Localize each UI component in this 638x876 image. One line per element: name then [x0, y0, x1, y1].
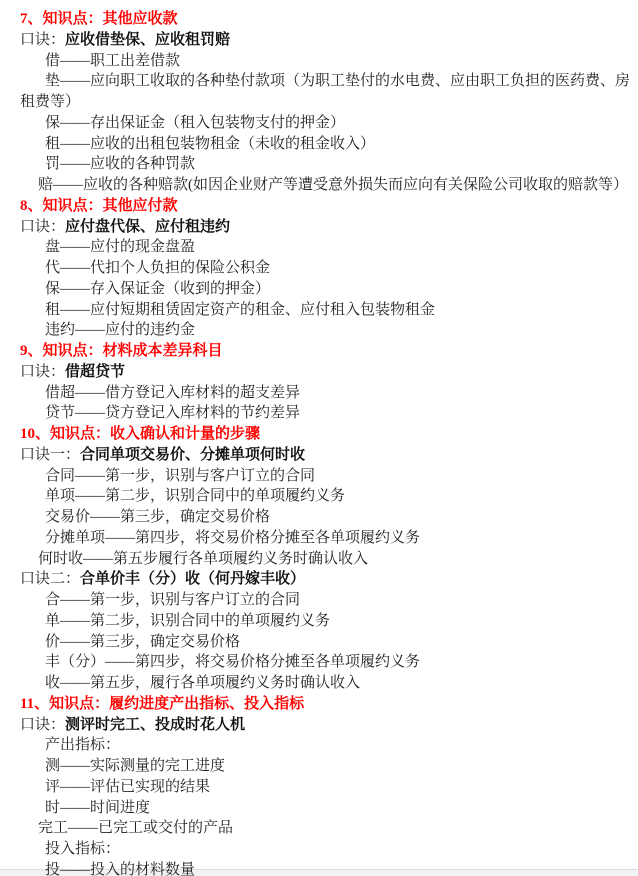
- definition-line: 完工——已完工或交付的产品: [38, 818, 636, 839]
- mnemonic-label: 口诀：: [20, 364, 65, 380]
- definition-line: 代——代扣个人负担的保险公积金: [45, 258, 636, 279]
- definition-line: 合同——第一步，识别与客户订立的合同: [45, 466, 636, 487]
- mnemonic-text: 合单价丰（分）收（何丹嫁丰收）: [80, 571, 305, 587]
- mnemonic-text: 测评时完工、投成时花人机: [65, 717, 245, 733]
- definition-line: 单项——第二步，识别合同中的单项履约义务: [45, 486, 636, 507]
- section-7-heading: 7、知识点：其他应收款: [20, 9, 636, 30]
- mnemonic-text: 应付盘代保、应付租违约: [65, 219, 230, 235]
- definition-line: 保——存入保证金（收到的押金）: [45, 279, 636, 300]
- definition-line: 借——职工出差借款: [45, 51, 636, 72]
- definition-line: 罚——应收的各种罚款: [45, 154, 636, 175]
- mnemonic-line: 口诀：应付盘代保、应付租违约: [20, 217, 636, 238]
- mnemonic-label: 口诀二：: [20, 571, 80, 587]
- definition-line: 贷节——贷方登记入库材料的节约差异: [45, 403, 636, 424]
- mnemonic-line: 口诀：应收借垫保、应收租罚赔: [20, 30, 636, 51]
- definition-line: 借超——借方登记入库材料的超支差异: [45, 383, 636, 404]
- input-indicators-label: 投入指标：: [45, 839, 636, 860]
- mnemonic-text: 借超贷节: [65, 364, 125, 380]
- definition-line: 收——第五步，履行各单项履约义务时确认收入: [45, 673, 636, 694]
- definition-line: 丰（分）——第四步，将交易价格分摊至各单项履约义务: [45, 652, 636, 673]
- definition-line: 测——实际测量的完工进度: [45, 756, 636, 777]
- document-page: 7、知识点：其他应收款 口诀：应收借垫保、应收租罚赔 借——职工出差借款 垫——…: [0, 0, 638, 876]
- section-9-heading: 9、知识点：材料成本差异科目: [20, 341, 636, 362]
- mnemonic-line: 口诀：测评时完工、投成时花人机: [20, 715, 636, 736]
- output-indicators-label: 产出指标：: [45, 735, 636, 756]
- section-10-heading: 10、知识点：收入确认和计量的步骤: [20, 424, 636, 445]
- mnemonic-line: 口诀：借超贷节: [20, 362, 636, 383]
- definition-line: 评——评估已实现的结果: [45, 777, 636, 798]
- definition-line: 时——时间进度: [45, 798, 636, 819]
- definition-line: 保——存出保证金（租入包装物支付的押金）: [45, 113, 636, 134]
- definition-line: 分摊单项——第四步，将交易价格分摊至各单项履约义务: [45, 528, 636, 549]
- definition-line: 合——第一步，识别与客户订立的合同: [45, 590, 636, 611]
- mnemonic-text: 合同单项交易价、分摊单项何时收: [80, 447, 305, 463]
- definition-line: 何时收——第五步履行各单项履约义务时确认收入: [38, 549, 636, 570]
- mnemonic-label: 口诀：: [20, 32, 65, 48]
- mnemonic-text: 应收借垫保、应收租罚赔: [65, 32, 230, 48]
- definition-line: 租——应付短期租赁固定资产的租金、应付租入包装物租金: [45, 300, 636, 321]
- mnemonic-line-2: 口诀二：合单价丰（分）收（何丹嫁丰收）: [20, 569, 636, 590]
- definition-line: 违约——应付的违约金: [45, 320, 636, 341]
- mnemonic-label: 口诀一：: [20, 447, 80, 463]
- definition-line: 投——投入的材料数量: [45, 860, 636, 876]
- mnemonic-label: 口诀：: [20, 717, 65, 733]
- mnemonic-line-1: 口诀一：合同单项交易价、分摊单项何时收: [20, 445, 636, 466]
- definition-line: 垫——应向职工收取的各种垫付款项（为职工垫付的水电费、应由职工负担的医药费、房租…: [20, 71, 636, 113]
- section-11-heading: 11、知识点：履约进度产出指标、投入指标: [20, 694, 636, 715]
- definition-line: 单——第二步，识别合同中的单项履约义务: [45, 611, 636, 632]
- definition-line: 租——应收的出租包装物租金（未收的租金收入）: [45, 134, 636, 155]
- mnemonic-label: 口诀：: [20, 219, 65, 235]
- section-8-heading: 8、知识点：其他应付款: [20, 196, 636, 217]
- definition-line: 赔——应收的各种赔款(如因企业财产等遭受意外损失而应向有关保险公司收取的赔款等）: [38, 175, 636, 196]
- definition-line: 价——第三步，确定交易价格: [45, 632, 636, 653]
- definition-line: 交易价——第三步，确定交易价格: [45, 507, 636, 528]
- definition-line: 盘——应付的现金盘盈: [45, 237, 636, 258]
